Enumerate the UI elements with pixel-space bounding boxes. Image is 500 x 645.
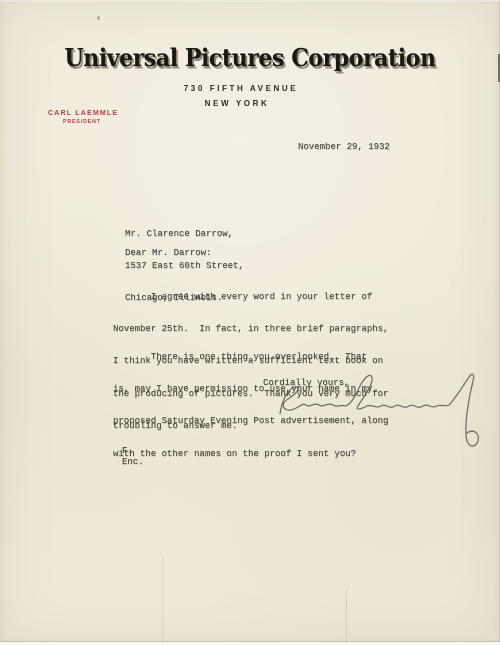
typist-initials: F. <box>122 446 133 456</box>
letterhead-officer-name: CARL LAEMMLE <box>48 110 118 117</box>
fold-crease <box>346 590 347 645</box>
fold-crease <box>162 555 163 645</box>
recipient-line: Mr. Clarence Darrow, <box>125 229 244 240</box>
letterhead-company-name: Universal Pictures Corporation <box>20 43 480 73</box>
signature <box>228 368 488 460</box>
letter-date: November 29, 1932 <box>298 142 390 152</box>
signature-stroke <box>280 374 478 446</box>
letter-page: Universal Pictures Corporation 730 FIFTH… <box>0 0 500 645</box>
letterhead-officer-title: PRESIDENT <box>63 119 101 125</box>
paper-top-edge <box>0 0 500 2</box>
paper-speck <box>97 16 100 20</box>
enclosure-notation: Enc. <box>122 457 144 467</box>
letterhead-city: NEW YORK <box>0 99 487 108</box>
body-line: There is one thing you overlooked. That <box>113 352 388 363</box>
letterhead-street-address: 730 FIFTH AVENUE <box>0 84 491 93</box>
body-line: I agree with every word in your letter o… <box>113 292 388 303</box>
salutation: Dear Mr. Darrow: <box>125 248 211 258</box>
